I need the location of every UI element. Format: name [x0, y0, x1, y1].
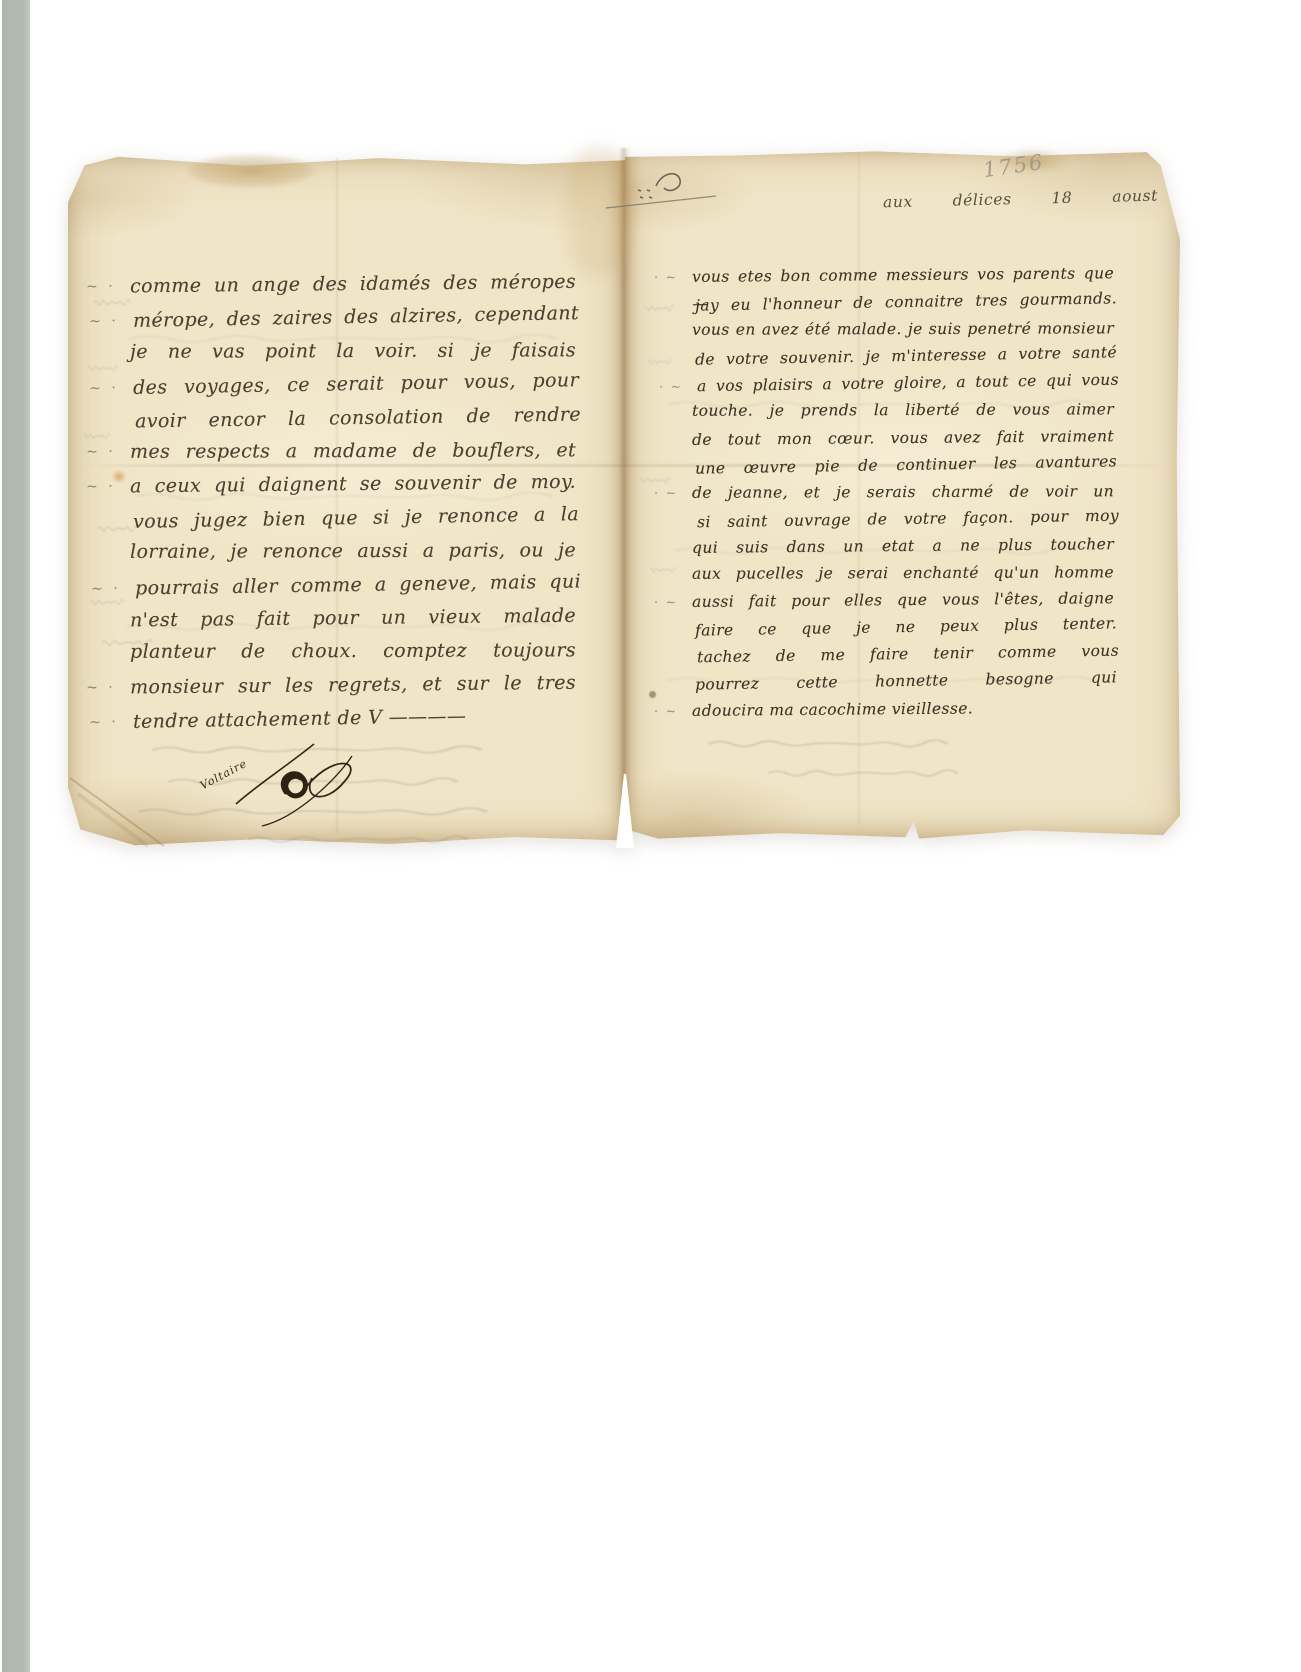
left-matte-bar — [2, 0, 30, 1672]
show-through-script — [644, 304, 674, 313]
show-through-script — [248, 834, 468, 845]
handwritten-line: planteur de choux. comptez toujours — [130, 635, 576, 670]
handwritten-line: avoir encor la consolation de rendre — [135, 398, 581, 438]
handwritten-line: pourrais aller comme a geneve, mais qui — [135, 565, 581, 605]
center-fold-crease — [619, 148, 631, 844]
left-page-text: comme un ange des idamés des méropesméro… — [130, 268, 576, 735]
handwritten-line: mes respects a madame de bouflers, et — [130, 434, 576, 469]
right-page-text: vous etes bon comme messieurs vos parent… — [692, 262, 1114, 723]
show-through-script — [708, 738, 948, 750]
ink-scribble-mark — [598, 160, 748, 216]
handwritten-line: touche. je prends la liberté de vous aim… — [692, 397, 1114, 426]
handwritten-line: lorraine, je renonce aussi a paris, ou j… — [130, 534, 576, 569]
show-through-script — [650, 566, 676, 574]
letter-paper: 1756 aux délices 18 aoust comme un ange … — [68, 146, 1180, 848]
signature-flourish — [226, 734, 396, 829]
show-through-script — [648, 358, 672, 366]
handwritten-line: mérope, des zaires des alzires, cependan… — [133, 297, 580, 338]
handwritten-line: je ne vas point la voir. si je faisais — [130, 334, 576, 369]
handwritten-line: aux pucelles je serai enchanté qu'un hom… — [692, 559, 1114, 588]
handwritten-line: qui suis dans un etat a ne plus toucher — [692, 531, 1114, 562]
handwritten-line: de jeanne, et je serais charmé de voir u… — [692, 478, 1114, 507]
signature-voltaire: Voltaire — [198, 734, 378, 829]
handwritten-line: n'est pas fait pour un vieux malade — [130, 600, 576, 638]
scanned-letter-canvas: 1756 aux délices 18 aoust comme un ange … — [0, 0, 1301, 1672]
handwritten-line: vous jugez bien que si je renonce a la — [133, 498, 580, 539]
show-through-script — [768, 768, 958, 779]
handwritten-line: adoucira ma cacochime vieillesse. — [692, 694, 1114, 725]
